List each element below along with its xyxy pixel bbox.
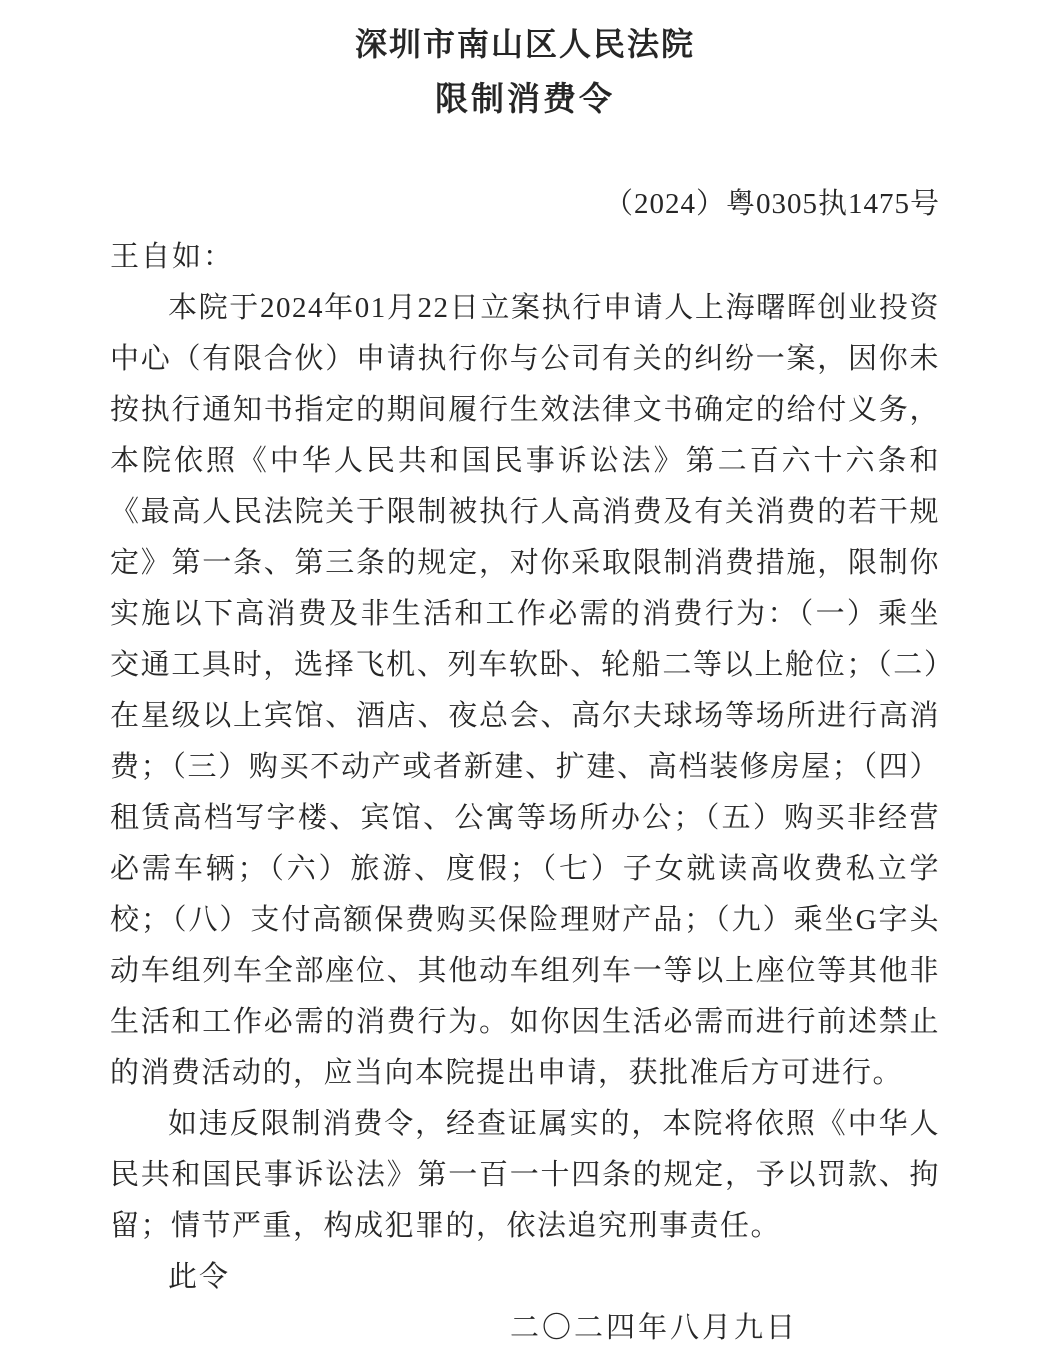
body-paragraph-restrictions: 本院于2024年01月22日立案执行申请人上海曙晖创业投资中心（有限合伙）申请执… xyxy=(110,283,940,1099)
document-title: 限制消费令 xyxy=(110,78,940,122)
court-order-document: 深圳市南山区人民法院 限制消费令 （2024）粤0305执1475号 王自如： … xyxy=(0,0,1052,1371)
addressee-name: 王自如： xyxy=(110,232,940,283)
issue-date: 二〇二四年八月九日 xyxy=(510,1303,940,1354)
court-name: 深圳市南山区人民法院 xyxy=(110,22,940,66)
case-number: （2024）粤0305执1475号 xyxy=(110,182,940,226)
closing-phrase: 此令 xyxy=(110,1252,940,1303)
body-paragraph-penalty: 如违反限制消费令，经查证属实的，本院将依照《中华人民共和国民事诉讼法》第一百一十… xyxy=(110,1099,940,1252)
